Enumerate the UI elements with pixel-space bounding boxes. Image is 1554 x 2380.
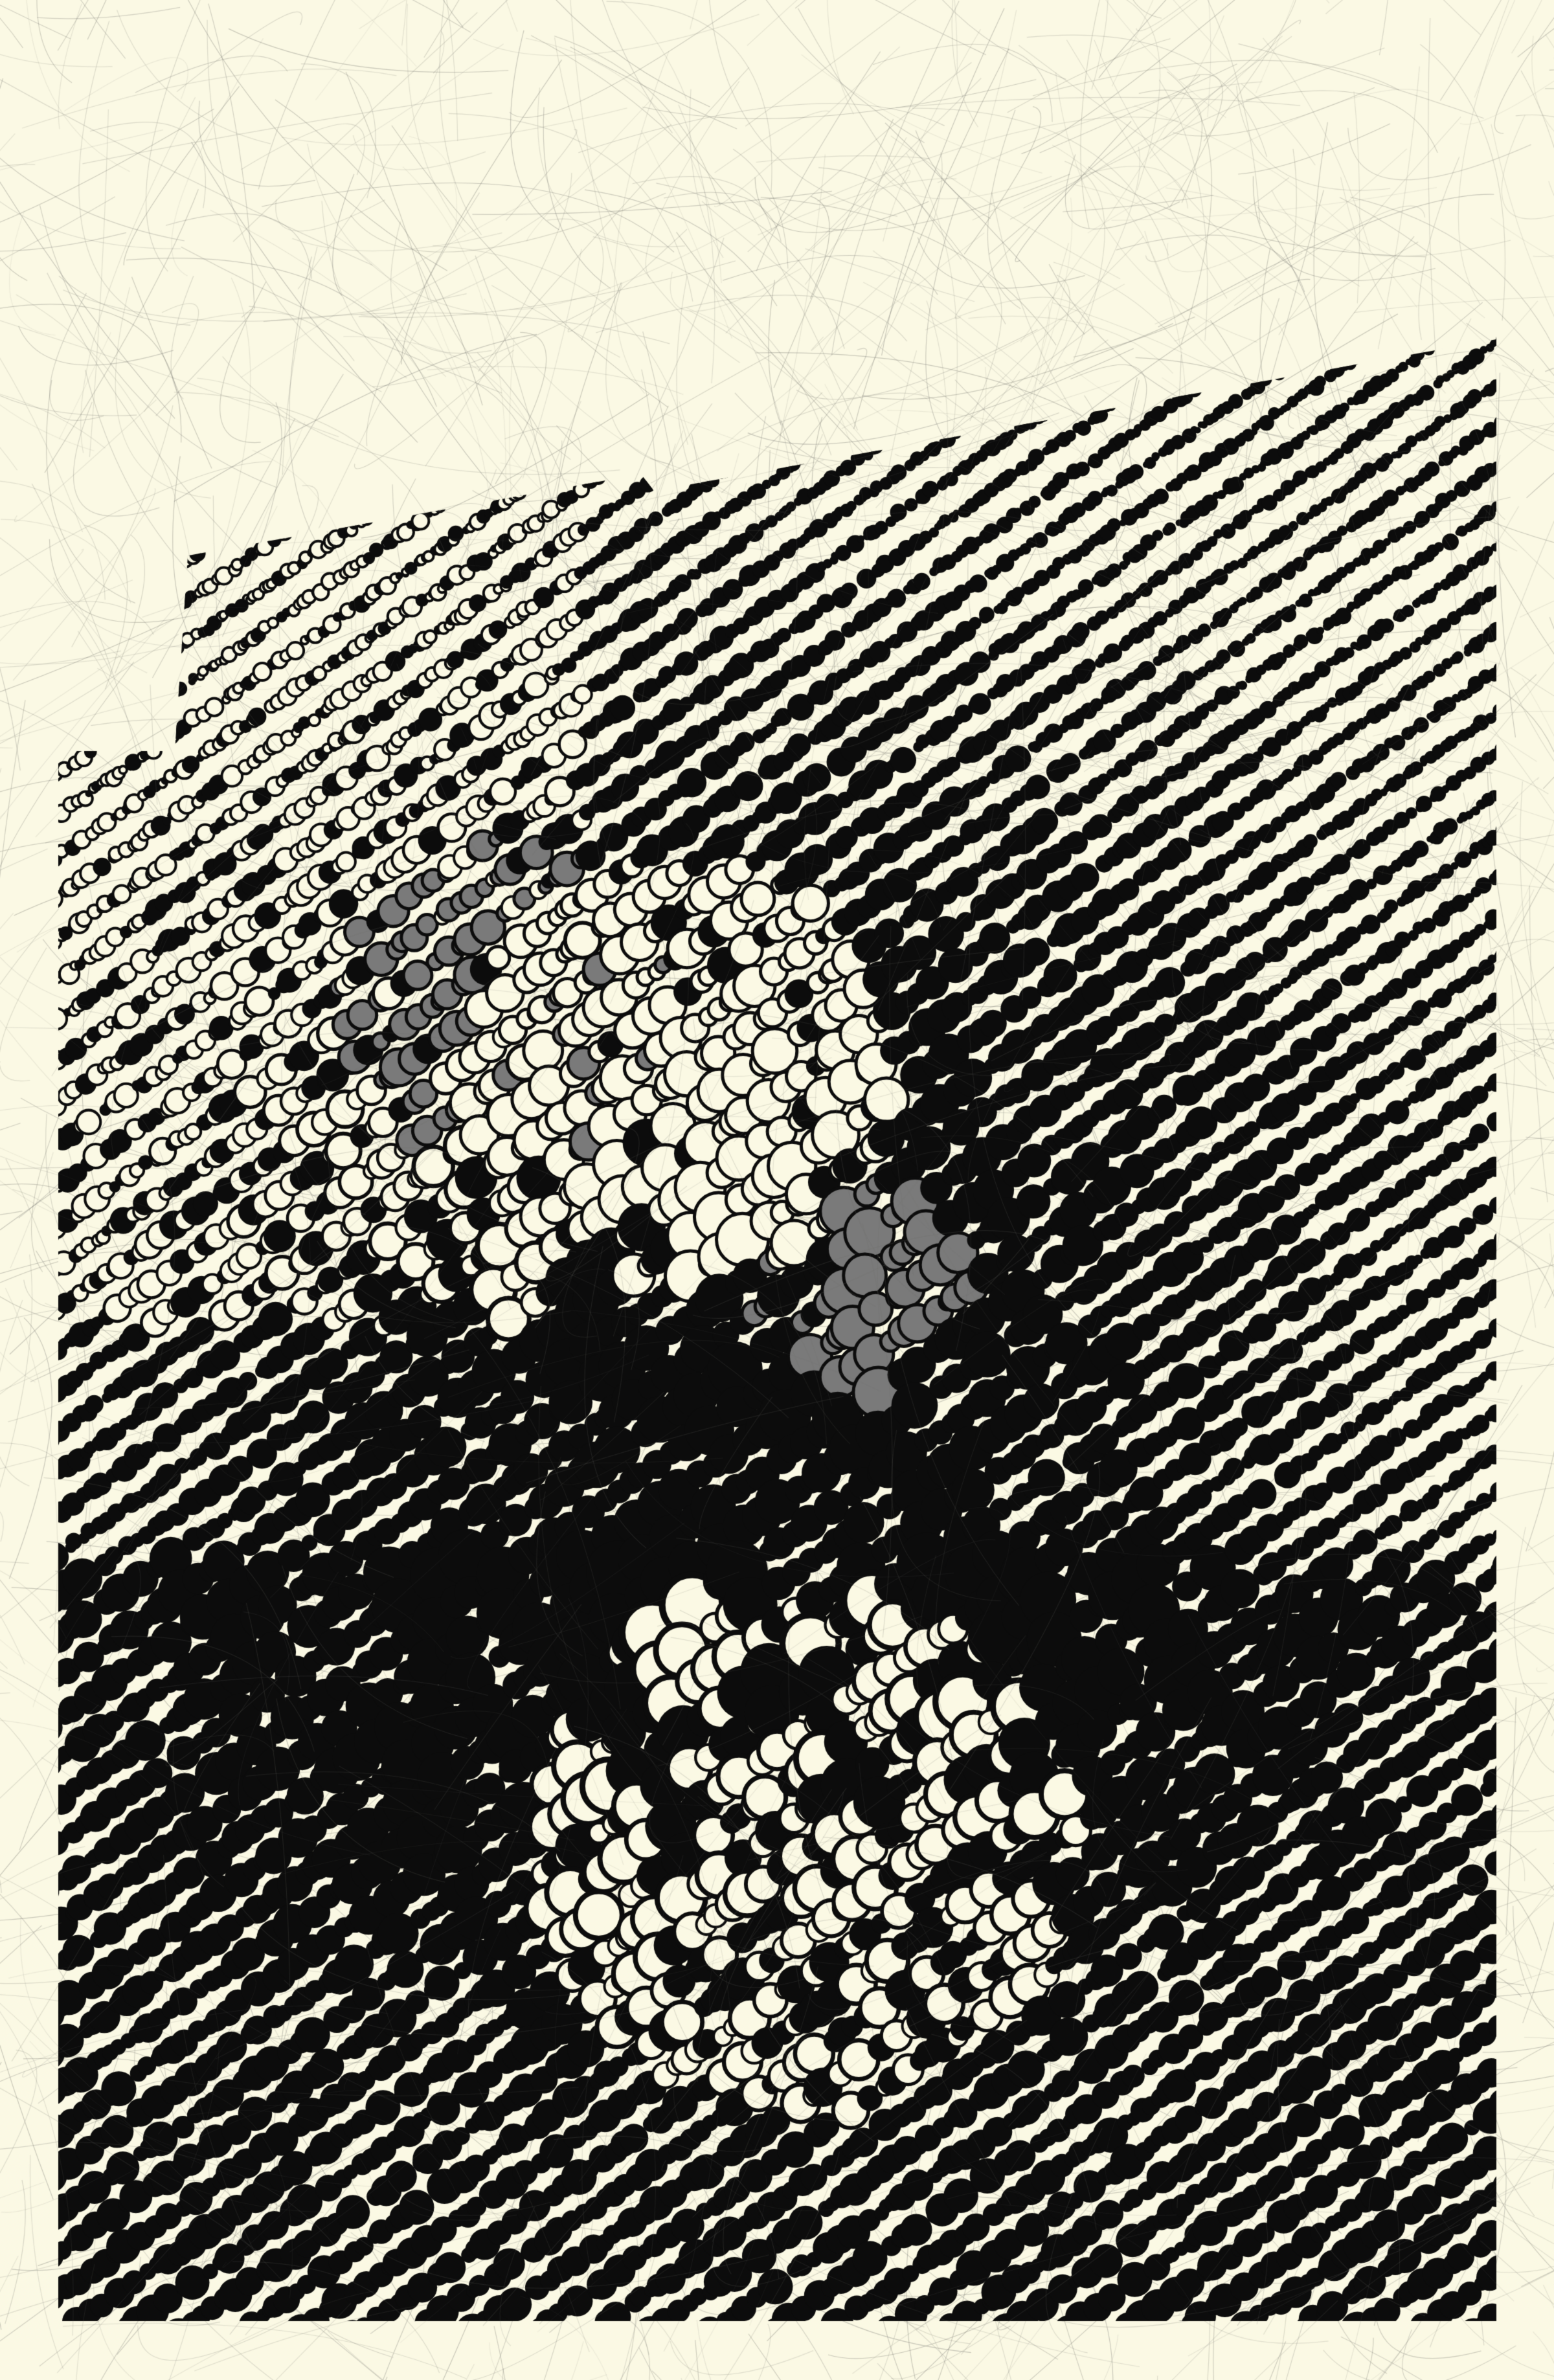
generative-artwork-canvas — [0, 0, 1554, 2380]
